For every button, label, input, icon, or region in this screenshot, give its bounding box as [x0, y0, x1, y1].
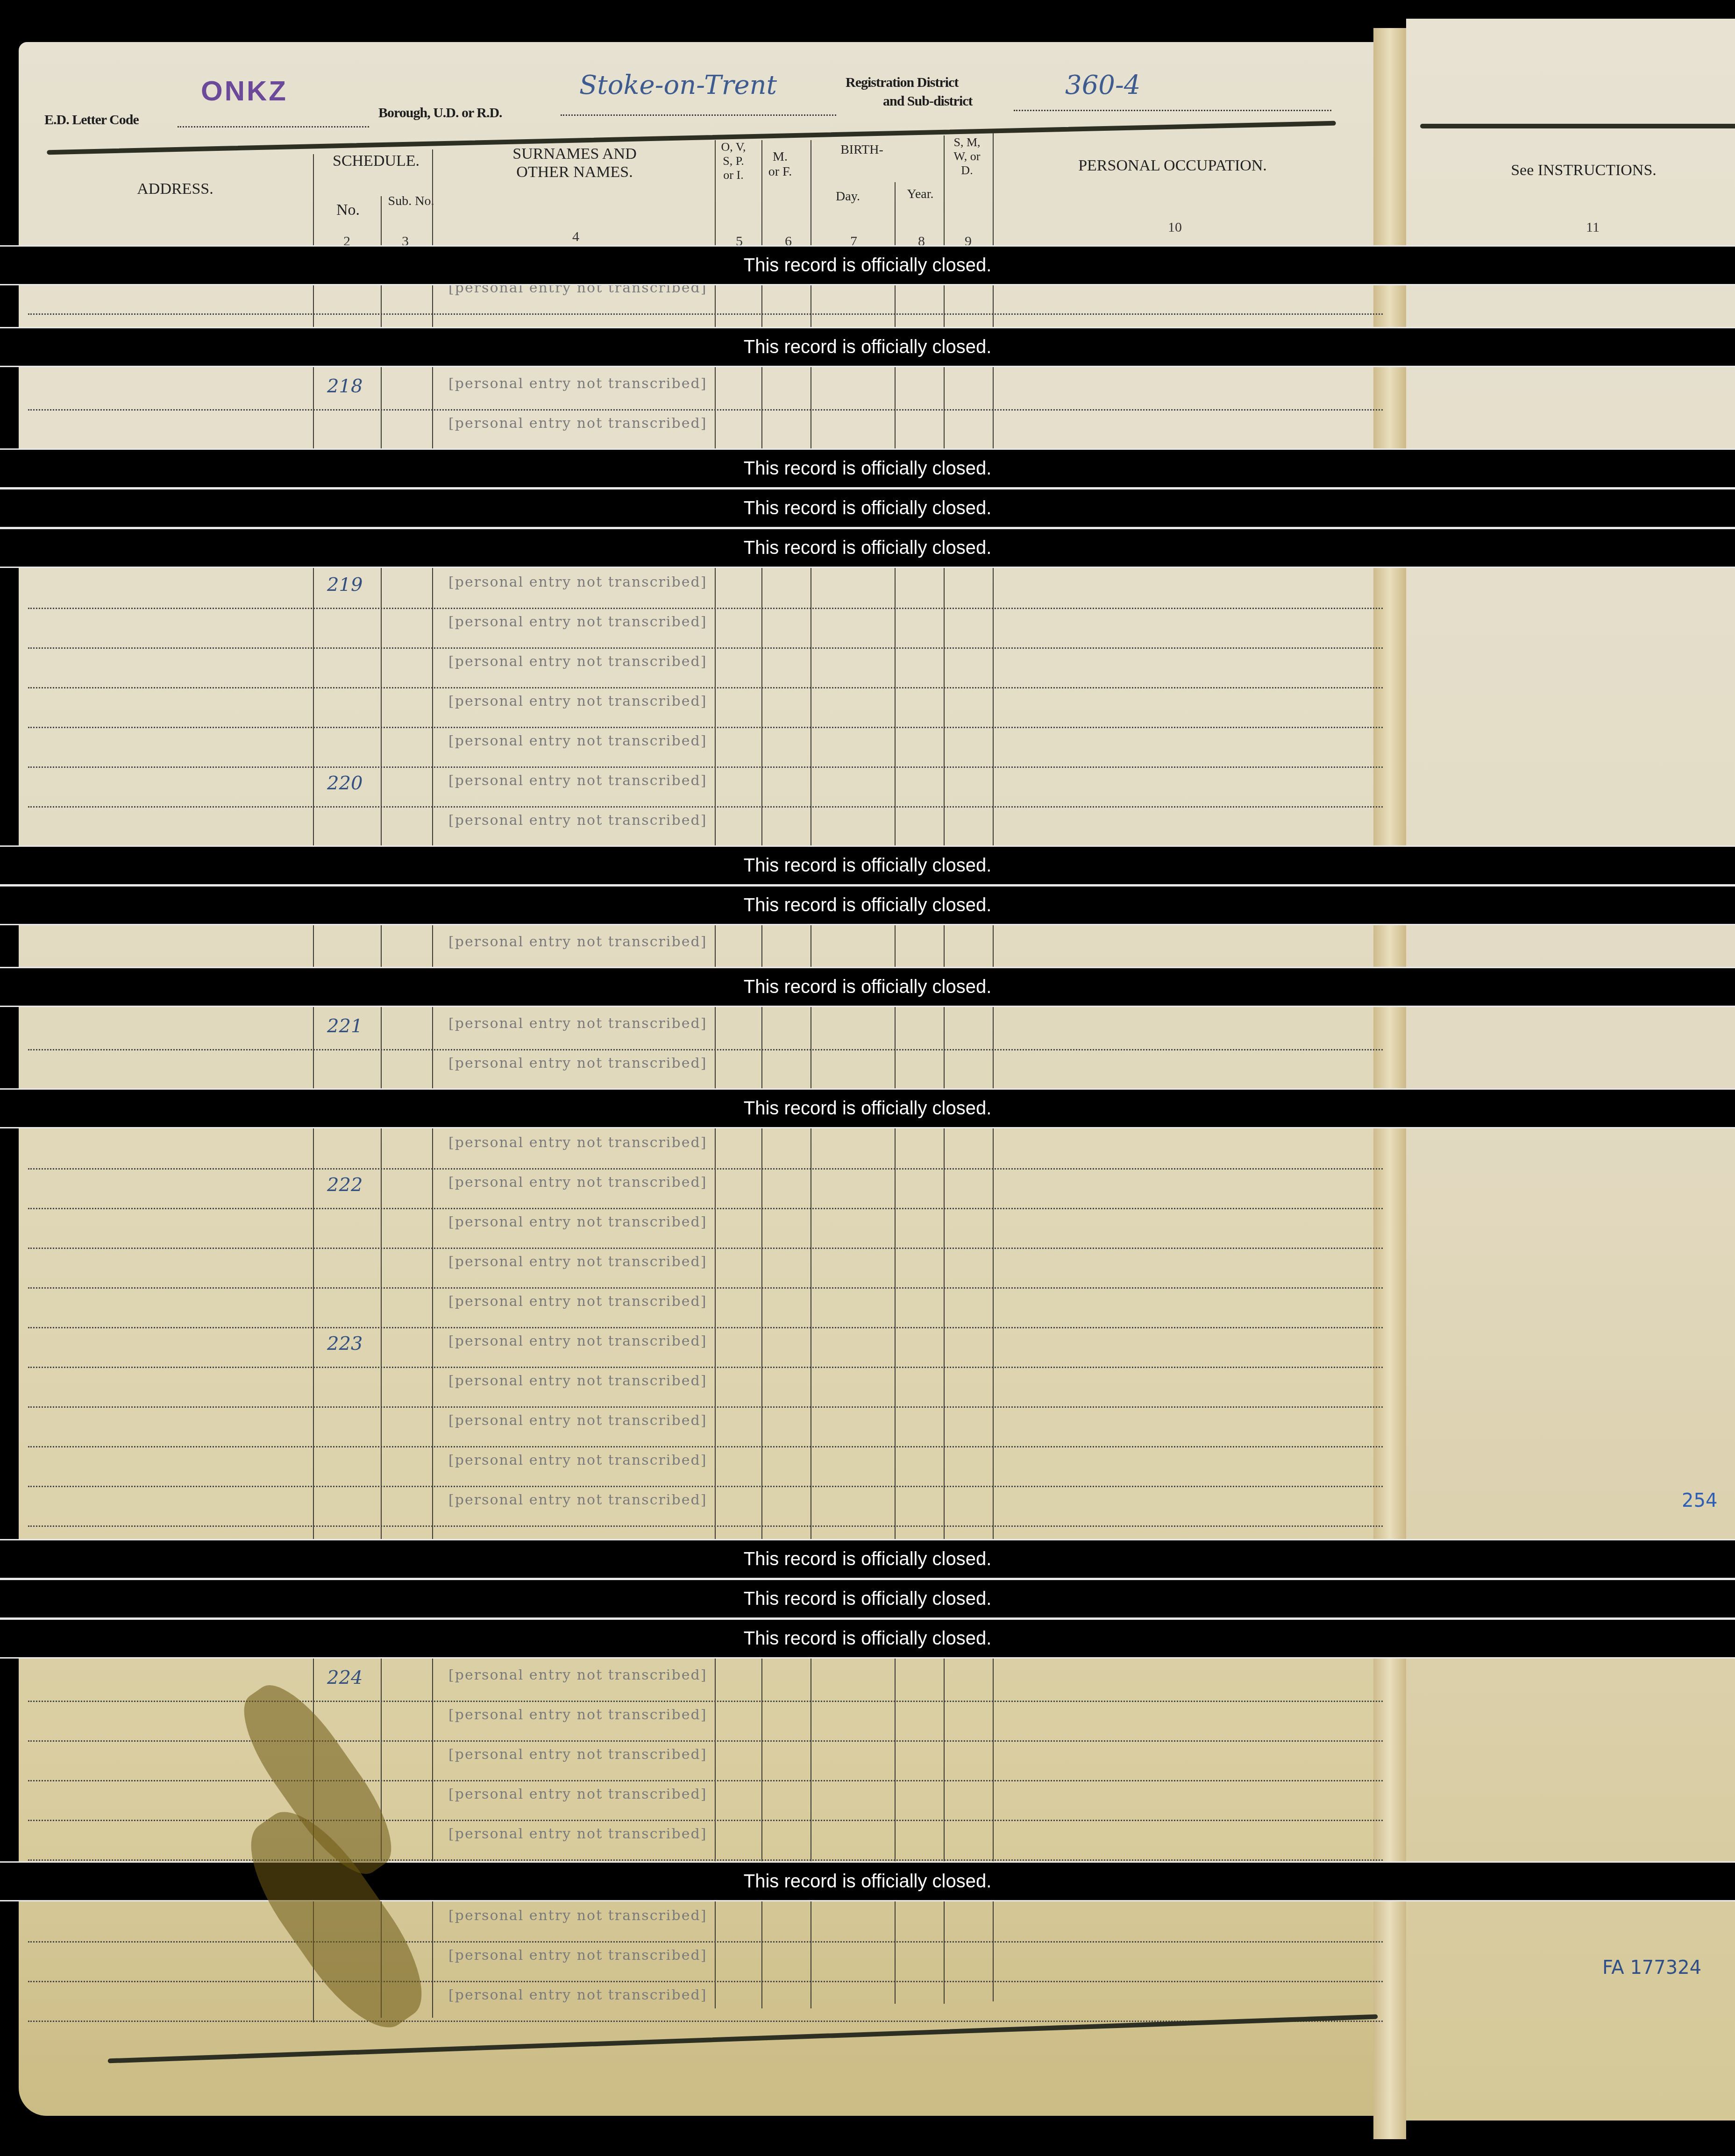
- col-schedule: SCHEDULE.: [322, 152, 430, 170]
- entry-placeholder: [personal entry not transcribed]: [448, 1373, 707, 1389]
- entry-placeholder: [personal entry not transcribed]: [448, 653, 707, 670]
- table-row: 219[personal entry not transcribed]: [28, 567, 1383, 609]
- schedule-number: 218: [327, 376, 363, 397]
- entry-placeholder: [personal entry not transcribed]: [448, 1135, 707, 1151]
- entry-placeholder: [personal entry not transcribed]: [448, 614, 707, 630]
- entry-placeholder: [personal entry not transcribed]: [448, 1174, 707, 1191]
- col-occupation: PERSONAL OCCUPATION.: [1028, 156, 1317, 175]
- entry-placeholder: [personal entry not transcribed]: [448, 773, 707, 789]
- entry-placeholder: [personal entry not transcribed]: [448, 1055, 707, 1071]
- table-row: [personal entry not transcribed]: [28, 687, 1383, 728]
- entry-placeholder: [personal entry not transcribed]: [448, 934, 707, 950]
- table-row: [personal entry not transcribed]: [28, 1485, 1383, 1527]
- col-ovspi: O, V, S, P. or I.: [719, 140, 747, 182]
- table-row: [personal entry not transcribed]: [28, 1128, 1383, 1170]
- table-row: 220[personal entry not transcribed]: [28, 766, 1383, 808]
- district-dotted: [1014, 110, 1331, 111]
- col-surnames: SURNAMES AND OTHER NAMES.: [486, 145, 663, 181]
- registration-district-value: 360-4: [1065, 70, 1140, 100]
- entry-placeholder: [personal entry not transcribed]: [448, 1015, 707, 1032]
- borough-dotted: [561, 114, 836, 116]
- table-row: [personal entry not transcribed]: [28, 1901, 1383, 1943]
- table-row: [personal entry not transcribed]: [28, 1406, 1383, 1447]
- margin-annotation: FA 177324: [1602, 1957, 1701, 1979]
- table-row: [personal entry not transcribed]: [28, 1207, 1383, 1249]
- entry-placeholder: [personal entry not transcribed]: [448, 1293, 707, 1310]
- table-row: [personal entry not transcribed]: [28, 1780, 1383, 1821]
- entry-placeholder: [personal entry not transcribed]: [448, 1707, 707, 1723]
- table-row: 223[personal entry not transcribed]: [28, 1326, 1383, 1368]
- table-row: 224[personal entry not transcribed]: [28, 1660, 1383, 1702]
- ed-letter-code-stamp: ONKZ: [201, 75, 288, 107]
- entry-placeholder: [personal entry not transcribed]: [448, 1492, 707, 1508]
- schedule-number: 224: [327, 1667, 363, 1688]
- table-row: [personal entry not transcribed]: [28, 1740, 1383, 1781]
- table-row: 222[personal entry not transcribed]: [28, 1168, 1383, 1209]
- entry-placeholder: [personal entry not transcribed]: [448, 376, 707, 392]
- closed-record-bar: This record is officially closed.: [0, 845, 1735, 886]
- entry-placeholder: [personal entry not transcribed]: [448, 1412, 707, 1429]
- entry-placeholder: [personal entry not transcribed]: [448, 1746, 707, 1763]
- colnum-11: 11: [1586, 220, 1600, 235]
- closed-record-bar: This record is officially closed.: [0, 245, 1735, 285]
- table-row: [personal entry not transcribed]: [28, 1819, 1383, 1861]
- table-row: 221[personal entry not transcribed]: [28, 1009, 1383, 1050]
- colnum-4: 4: [572, 229, 579, 245]
- margin-annotation: 254: [1682, 1490, 1717, 1511]
- closed-record-bar: This record is officially closed.: [0, 1618, 1735, 1659]
- col-sex: M. or F.: [766, 149, 794, 179]
- table-row: [personal entry not transcribed]: [28, 1366, 1383, 1408]
- entry-placeholder: [personal entry not transcribed]: [448, 1214, 707, 1230]
- entry-placeholder: [personal entry not transcribed]: [448, 1987, 707, 2003]
- entry-placeholder: [personal entry not transcribed]: [448, 1452, 707, 1468]
- closed-record-bar: This record is officially closed.: [0, 488, 1735, 528]
- table-row: [personal entry not transcribed]: [28, 1700, 1383, 1742]
- sub-district-label: and Sub-district: [883, 93, 973, 109]
- table-row: [personal entry not transcribed]: [28, 1446, 1383, 1487]
- ed-letter-code-label: E.D. Letter Code: [44, 112, 139, 128]
- borough-value: Stoke-on-Trent: [579, 70, 777, 100]
- schedule-number: 222: [327, 1174, 363, 1196]
- header-rule-right: [1420, 124, 1735, 128]
- col-birth-year: Year.: [904, 187, 937, 202]
- table-row: [personal entry not transcribed]: [28, 726, 1383, 768]
- col-instructions: See INSTRUCTIONS.: [1472, 161, 1696, 179]
- entry-placeholder: [personal entry not transcribed]: [448, 574, 707, 590]
- table-row: 218[personal entry not transcribed]: [28, 369, 1383, 411]
- schedule-number: 220: [327, 773, 363, 794]
- closed-record-bar: This record is officially closed.: [0, 967, 1735, 1007]
- closed-record-bar: This record is officially closed.: [0, 327, 1735, 367]
- colnum-10: 10: [1168, 220, 1182, 235]
- col-birth: BIRTH-: [822, 142, 902, 157]
- table-row: [personal entry not transcribed]: [28, 806, 1383, 847]
- entry-placeholder: [personal entry not transcribed]: [448, 1333, 707, 1349]
- entry-placeholder: [personal entry not transcribed]: [448, 1826, 707, 1842]
- table-row: [personal entry not transcribed]: [28, 1287, 1383, 1328]
- entry-placeholder: [personal entry not transcribed]: [448, 1908, 707, 1924]
- registration-district-label: Registration District: [846, 75, 958, 91]
- entry-placeholder: [personal entry not transcribed]: [448, 415, 707, 432]
- entry-placeholder: [personal entry not transcribed]: [448, 812, 707, 829]
- table-row: [personal entry not transcribed]: [28, 927, 1383, 969]
- schedule-number: 219: [327, 574, 363, 596]
- col-marital: S, M, W, or D.: [953, 135, 981, 177]
- closed-record-bar: This record is officially closed.: [0, 448, 1735, 489]
- table-row: [personal entry not transcribed]: [28, 1980, 1383, 2022]
- schedule-number: 221: [327, 1015, 363, 1037]
- entry-placeholder: [personal entry not transcribed]: [448, 1254, 707, 1270]
- closed-record-bar: This record is officially closed.: [0, 528, 1735, 568]
- table-row: [personal entry not transcribed]: [28, 647, 1383, 688]
- col-sub-no: Sub. No.: [388, 194, 434, 209]
- table-row: [personal entry not transcribed]: [28, 1941, 1383, 1982]
- table-row: [personal entry not transcribed]: [28, 1049, 1383, 1090]
- borough-label: Borough, U.D. or R.D.: [378, 105, 502, 121]
- entry-placeholder: [personal entry not transcribed]: [448, 1786, 707, 1802]
- closed-record-bar: This record is officially closed.: [0, 885, 1735, 925]
- entry-placeholder: [personal entry not transcribed]: [448, 1947, 707, 1964]
- col-birth-day: Day.: [825, 189, 871, 204]
- ed-letter-code-dotted: [178, 126, 369, 128]
- closed-record-bar: This record is officially closed.: [0, 1088, 1735, 1128]
- closed-record-bar: This record is officially closed.: [0, 1579, 1735, 1619]
- col-address: ADDRESS.: [112, 180, 238, 198]
- table-row: [personal entry not transcribed]: [28, 1247, 1383, 1289]
- entry-placeholder: [personal entry not transcribed]: [448, 733, 707, 749]
- table-row: [personal entry not transcribed]: [28, 607, 1383, 649]
- closed-record-bar: This record is officially closed.: [0, 1539, 1735, 1579]
- col-schedule-no: No.: [322, 201, 374, 219]
- entry-placeholder: [personal entry not transcribed]: [448, 693, 707, 709]
- table-row: [personal entry not transcribed]: [28, 409, 1383, 450]
- schedule-number: 223: [327, 1333, 363, 1355]
- entry-placeholder: [personal entry not transcribed]: [448, 1667, 707, 1683]
